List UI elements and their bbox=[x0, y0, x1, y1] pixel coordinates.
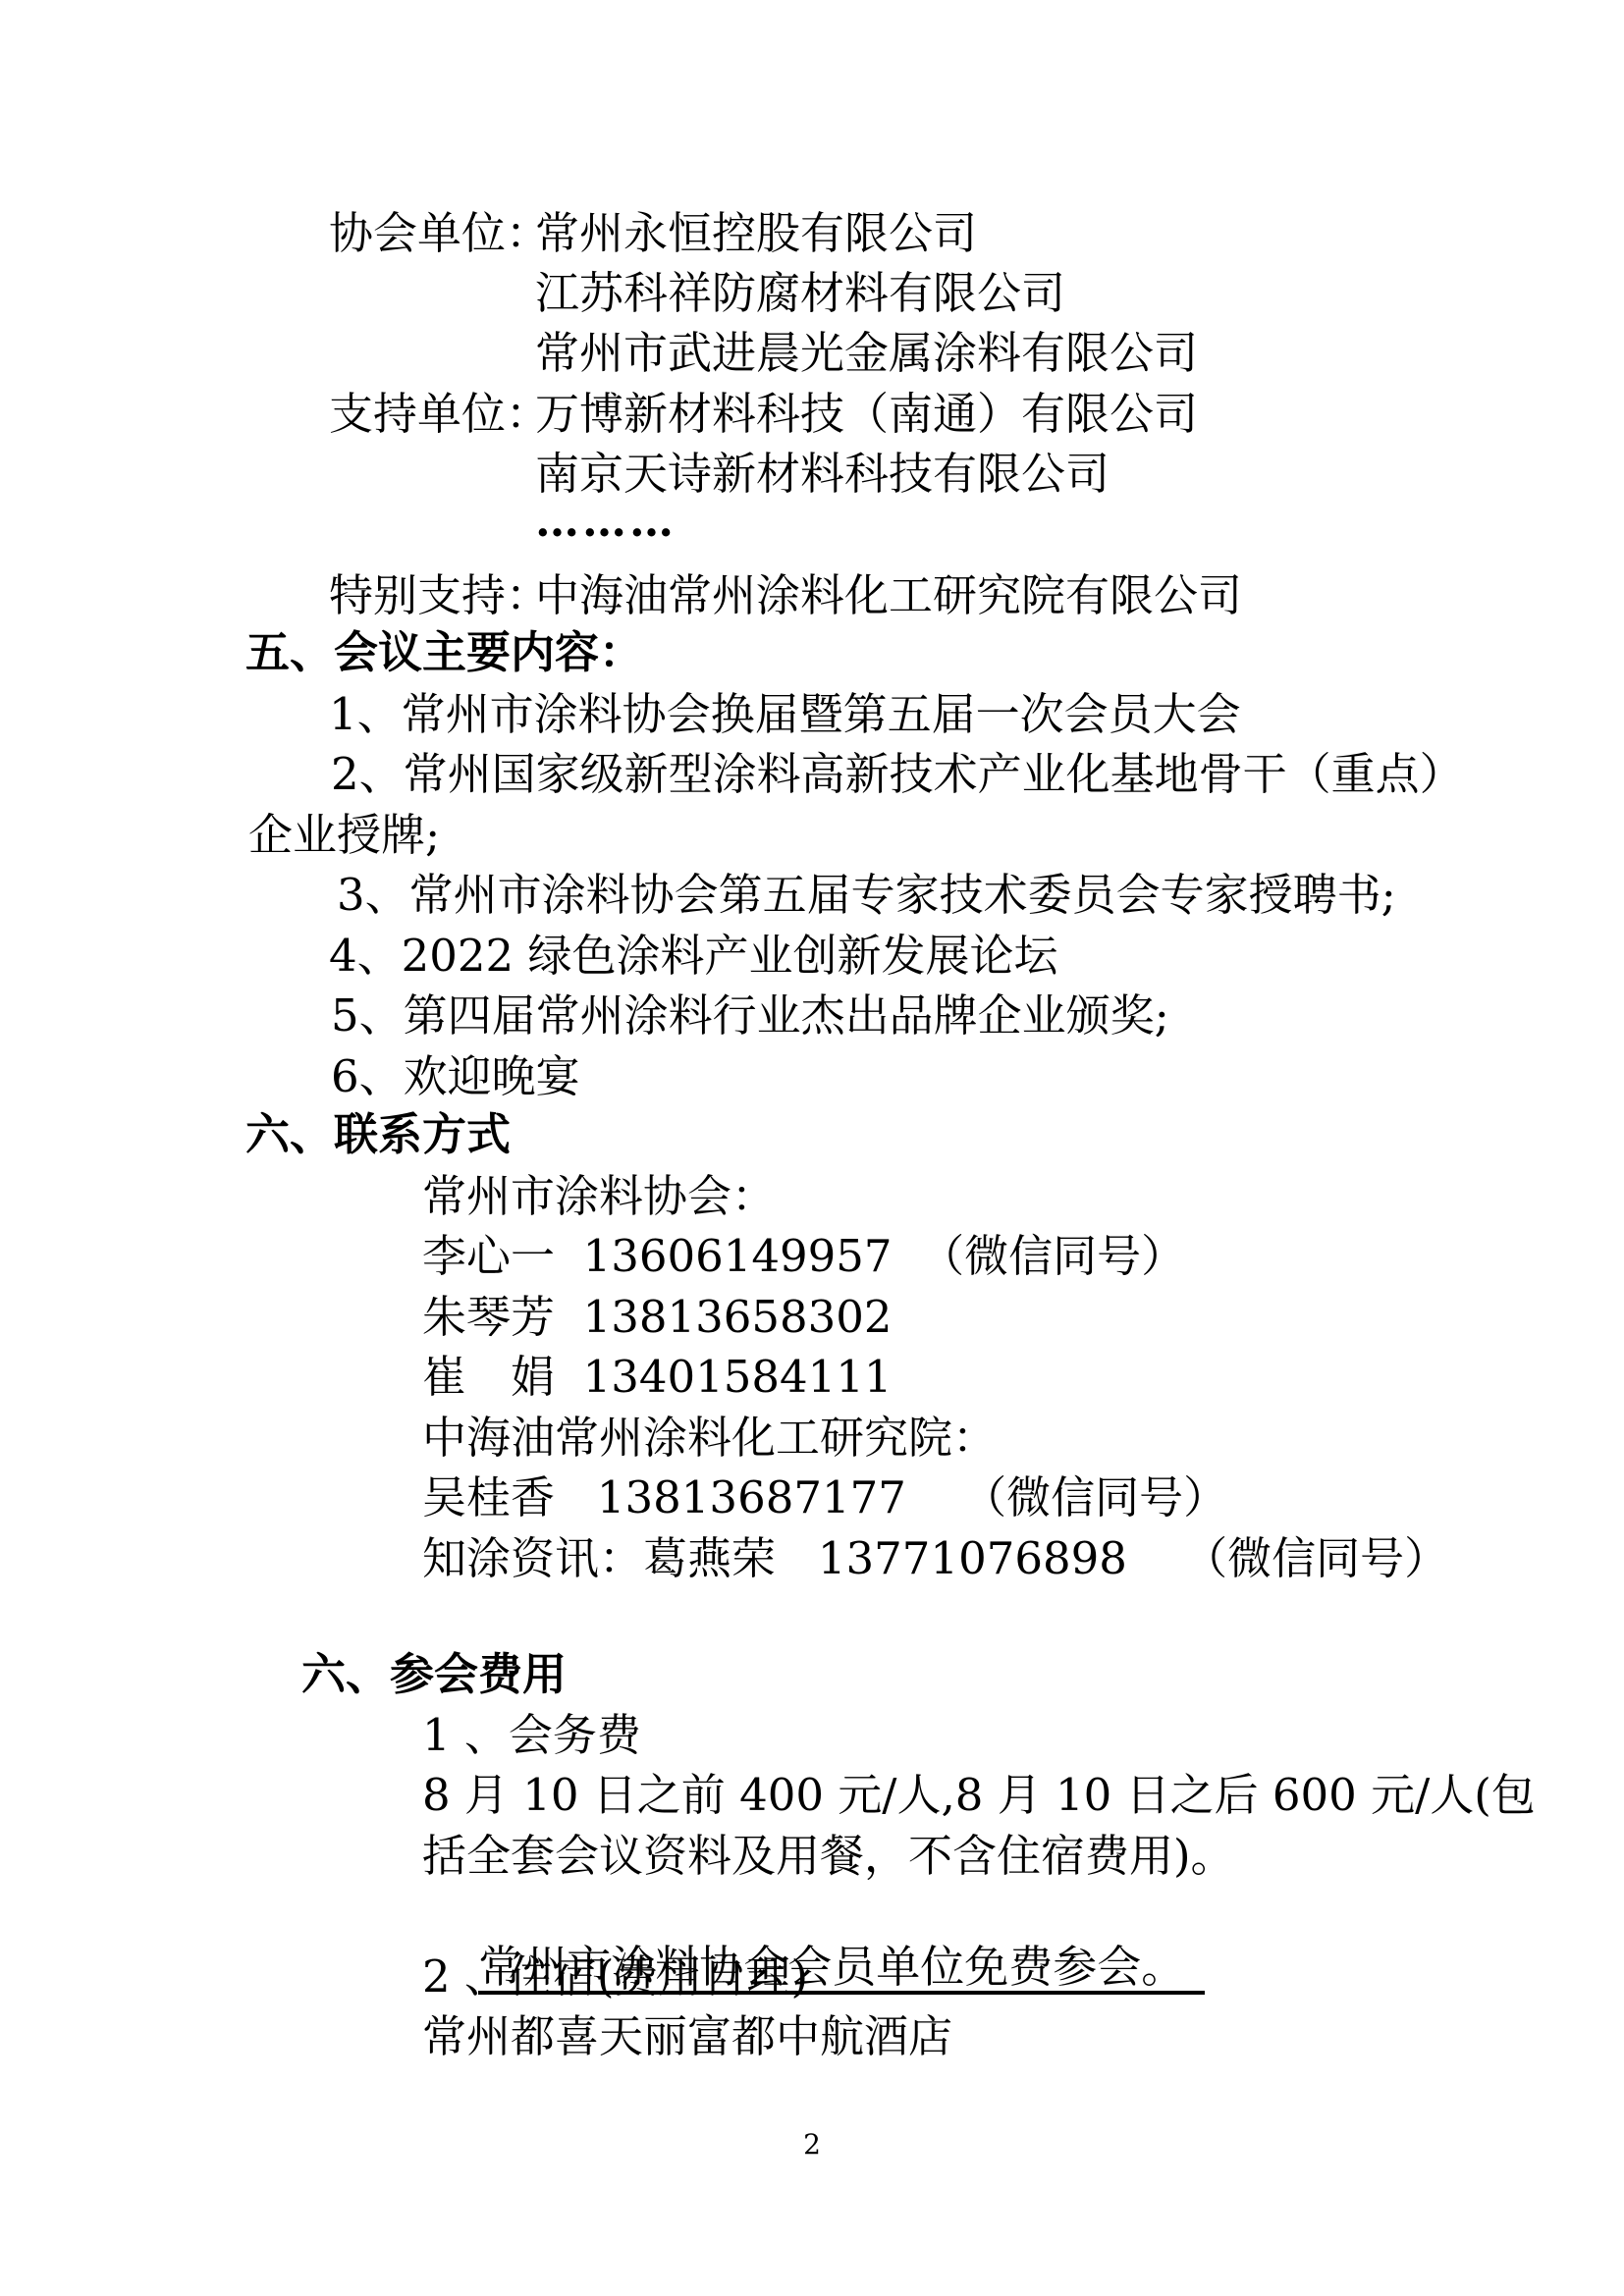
page-number: 2 bbox=[0, 2130, 1624, 2160]
document-page: 协会单位： 常州永恒控股有限公司 江苏科祥防腐材料有限公司 常州市武进晨光金属涂… bbox=[0, 0, 1624, 2296]
contact-org-line: 中海油常州涂料化工研究院： bbox=[422, 1413, 997, 1464]
contact-person-line: 李心一 13606149957 （微信同号） bbox=[422, 1231, 1185, 1282]
assoc-company-line: 江苏科祥防腐材料有限公司 bbox=[535, 268, 1065, 319]
contact-person-line: 知涂资讯：葛燕荣 13771076898 （微信同号） bbox=[422, 1533, 1448, 1584]
special-support-company: 中海油常州涂料化工研究院有限公司 bbox=[535, 570, 1242, 621]
agenda-item: 6、欢迎晚宴 bbox=[331, 1051, 580, 1102]
support-company-line: 南京天诗新材料科技有限公司 bbox=[535, 449, 1110, 500]
fee-line: 8 月 10 日之前 400 元/人,8 月 10 日之后 600 元/人(包 bbox=[422, 1770, 1536, 1821]
agenda-item: 5、第四届常州涂料行业杰出品牌企业颁奖; bbox=[331, 990, 1169, 1041]
support-company-line: 万博新材料科技（南通）有限公司 bbox=[535, 389, 1198, 440]
fee-line: 2 、住宿(费用自理) bbox=[422, 1951, 808, 2002]
agenda-item: 4、2022 绿色涂料产业创新发展论坛 bbox=[329, 931, 1057, 982]
assoc-company-line: 常州永恒控股有限公司 bbox=[535, 208, 977, 259]
agenda-item-continuation: 企业授牌; bbox=[248, 810, 440, 861]
contact-org-line: 常州市涂料协会： bbox=[422, 1171, 776, 1222]
assoc-units-label: 协会单位： bbox=[329, 208, 550, 259]
contact-person-line: 吴桂香 13813687177 （微信同号） bbox=[422, 1472, 1227, 1523]
agenda-item: 1、常州市涂料协会换届暨第五届一次会员大会 bbox=[329, 689, 1241, 740]
contact-heading: 六、联系方式 bbox=[245, 1109, 511, 1160]
agenda-item: 3、常州市涂料协会第五届专家技术委员会专家授聘书; bbox=[337, 870, 1396, 921]
fee-line: 1 、会务费 bbox=[422, 1710, 641, 1761]
agenda-heading: 五、会议主要内容： bbox=[245, 627, 643, 678]
assoc-company-line: 常州市武进晨光金属涂料有限公司 bbox=[535, 328, 1198, 379]
contact-person-line: 朱琴芳 13813658302 bbox=[422, 1292, 893, 1343]
fee-line: 括全套会议资料及用餐，不含住宿费用)。 bbox=[422, 1831, 1235, 1882]
agenda-item: 2、常州国家级新型涂料高新技术产业化基地骨干（重点） bbox=[331, 749, 1464, 800]
support-units-label: 支持单位： bbox=[329, 389, 550, 440]
fee-line: 常州都喜天丽富都中航酒店 bbox=[422, 2011, 952, 2062]
fees-heading: 六、参会费用 bbox=[301, 1649, 567, 1700]
ellipsis-line: ……… bbox=[535, 496, 677, 547]
contact-person-line: 崔 娟 13401584111 bbox=[422, 1352, 893, 1403]
special-support-label: 特别支持： bbox=[329, 570, 550, 621]
